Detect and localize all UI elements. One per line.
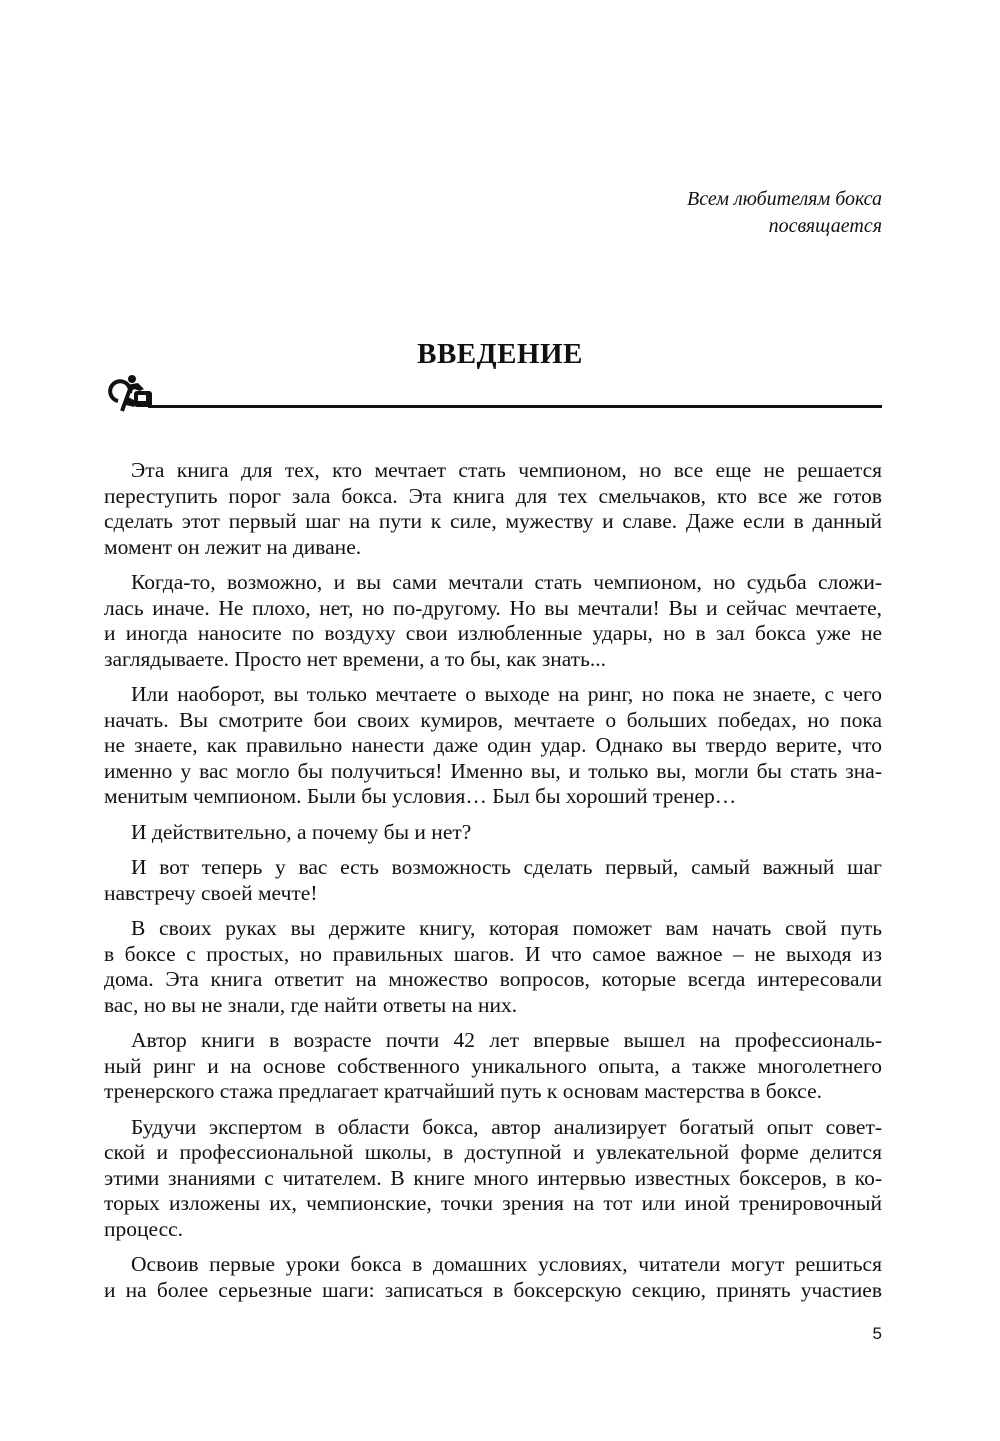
text-line: процесс.	[104, 1217, 882, 1243]
text-line: ской и профессиональной школы, в доступн…	[104, 1140, 882, 1166]
text-line: Будучи экспертом в области бокса, автор …	[104, 1115, 882, 1141]
text-line: Автор книги в возрасте почти 42 лет впер…	[104, 1028, 882, 1054]
text-line: Или наоборот, вы только мечтаете о выход…	[104, 682, 882, 708]
text-line: переступить порог зала бокса. Эта книга …	[104, 484, 882, 510]
chapter-rule	[148, 405, 882, 408]
text-line: начать. Вы смотрите бои своих кумиров, м…	[104, 708, 882, 734]
page-number: 5	[873, 1324, 882, 1344]
text-line: В своих руках вы держите книгу, которая …	[104, 916, 882, 942]
epigraph: Всем любителям бокса посвящается	[687, 186, 882, 240]
text-line: ный ринг и на основе собственного уникал…	[104, 1054, 882, 1080]
text-line: навстречу своей мечте!	[104, 881, 882, 907]
paragraph: Освоив первые уроки бокса в домашних усл…	[104, 1252, 882, 1303]
text-line: И действительно, а почему бы и нет?	[104, 820, 882, 846]
paragraph: Или наоборот, вы только мечтаете о выход…	[104, 682, 882, 810]
chapter-title: ВВЕДЕНИЕ	[0, 338, 1000, 371]
paragraph: И вот теперь у вас есть возможность сдел…	[104, 855, 882, 906]
text-line: именно у вас могло бы получиться! Именно…	[104, 759, 882, 785]
text-line: вас, но вы не знали, где найти ответы на…	[104, 993, 882, 1019]
text-line: в боксе с простых, но правильных шагов. …	[104, 942, 882, 968]
paragraph: Эта книга для тех, кто мечтает стать чем…	[104, 458, 882, 560]
text-line: менитым чемпионом. Были бы условия… Был …	[104, 784, 882, 810]
epigraph-line: посвящается	[687, 213, 882, 240]
paragraph: Будучи экспертом в области бокса, автор …	[104, 1115, 882, 1243]
body-text: Эта книга для тех, кто мечтает стать чем…	[104, 458, 882, 1313]
paragraph: Автор книги в возрасте почти 42 лет впер…	[104, 1028, 882, 1105]
text-line: тренерского стажа предлагает кратчайший …	[104, 1079, 882, 1105]
text-line: И вот теперь у вас есть возможность сдел…	[104, 855, 882, 881]
text-line: этими знаниями с читателем. В книге мног…	[104, 1166, 882, 1192]
boxer-ornament-icon	[104, 371, 156, 415]
book-page: Всем любителям бокса посвящается ВВЕДЕНИ…	[0, 0, 1000, 1441]
text-line: дома. Эта книга ответит на множество воп…	[104, 967, 882, 993]
text-line: заглядываете. Просто нет времени, а то б…	[104, 647, 882, 673]
text-line: Эта книга для тех, кто мечтает стать чем…	[104, 458, 882, 484]
text-line: лась иначе. Не плохо, нет, но по-другому…	[104, 596, 882, 622]
text-line: момент он лежит на диване.	[104, 535, 882, 561]
text-line: и иногда наносите по воздуху свои излюбл…	[104, 621, 882, 647]
text-line: Когда-то, возможно, и вы сами мечтали ст…	[104, 570, 882, 596]
text-line: торых изложены их, чемпионские, точки зр…	[104, 1191, 882, 1217]
paragraph: И действительно, а почему бы и нет?	[104, 820, 882, 846]
paragraph: В своих руках вы держите книгу, которая …	[104, 916, 882, 1018]
text-line: Освоив первые уроки бокса в домашних усл…	[104, 1252, 882, 1278]
text-line: сделать этот первый шаг на пути к силе, …	[104, 509, 882, 535]
paragraph: Когда-то, возможно, и вы сами мечтали ст…	[104, 570, 882, 672]
epigraph-line: Всем любителям бокса	[687, 186, 882, 213]
text-line: не знаете, как правильно нанести даже од…	[104, 733, 882, 759]
text-line: и на более серьезные шаги: записаться в …	[104, 1278, 882, 1304]
